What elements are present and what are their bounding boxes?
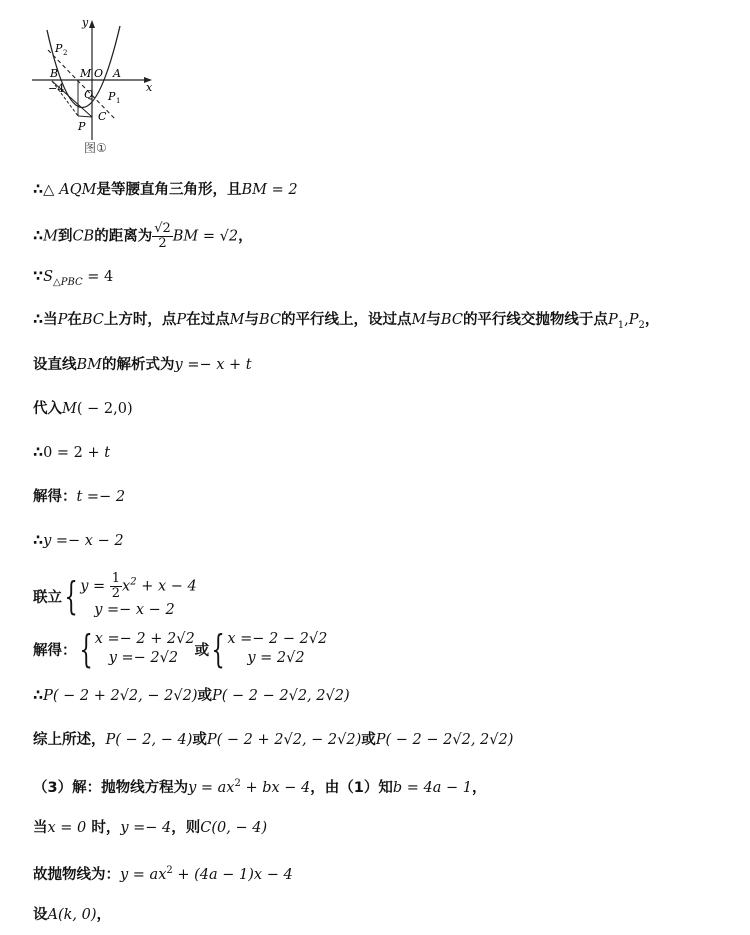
parabola-figure: y x P 2 B M O A −4 Q P 1 C P 图① xyxy=(28,12,158,157)
label-P: P xyxy=(77,120,86,133)
solution-line-7: ∴0 = 2 + t xyxy=(33,443,110,463)
label-M: M xyxy=(79,67,92,80)
label-C: C xyxy=(98,110,107,123)
solution-line-8: 解得：t =− 2 xyxy=(33,487,125,507)
y-axis-label: y xyxy=(81,16,89,29)
solution-line-9: ∴y =− x − 2 xyxy=(33,531,124,551)
solution-line-14-part3: （3）解：抛物线方程为y = ax2 + bx − 4，由（1）知b = 4a … xyxy=(33,774,487,798)
label-P2: P xyxy=(54,42,63,55)
label-O: O xyxy=(94,67,103,80)
label-B: B xyxy=(49,67,58,80)
left-brace: { xyxy=(64,577,77,615)
solution-line-17: 设A(k, 0)， xyxy=(33,905,111,925)
solution-line-4: ∴当P在BC上方时，点P在过点M与BC的平行线上，设过点M与BC的平行线交抛物线… xyxy=(33,310,659,336)
solution-line-6: 代入M( − 2,0) xyxy=(33,399,133,419)
solution-line-5: 设直线BM的解析式为y =− x + t xyxy=(33,355,252,375)
solution-line-11-system: 解得： { x =− 2 + 2√2 y =− 2√2 或 { x =− 2 −… xyxy=(33,630,327,668)
figure-diagram: y x P 2 B M O A −4 Q P 1 C P 图① xyxy=(28,12,158,157)
svg-text:1: 1 xyxy=(116,97,120,105)
x-axis-label: x xyxy=(146,81,153,94)
solution-line-12: ∴P( − 2 + 2√2, − 2√2)或P( − 2 − 2√2, 2√2) xyxy=(33,686,350,706)
label-P1: P xyxy=(107,90,116,103)
solution-line-3: ∵S△PBC = 4 xyxy=(33,267,113,293)
solution-line-13-summary: 综上所述，P( − 2, − 4)或P( − 2 + 2√2, − 2√2)或P… xyxy=(33,730,513,750)
left-brace: { xyxy=(212,630,225,668)
svg-text:2: 2 xyxy=(63,49,67,57)
label-Q: Q xyxy=(84,88,93,101)
solution-line-16: 故抛物线为：y = ax2 + (4a − 1)x − 4 xyxy=(33,861,293,885)
label-A: A xyxy=(112,67,121,80)
solution-line-1: ∴△ AQM是等腰直角三角形，且BM = 2 xyxy=(33,180,298,200)
solution-line-10-system: 联立 { y = 12x2 + x − 4 y =− x − 2 xyxy=(33,572,197,620)
label-minus4: −4 xyxy=(48,82,64,95)
figure-caption: 图① xyxy=(84,141,107,155)
solution-line-15: 当x = 0 时，y =− 4，则C(0, − 4) xyxy=(33,818,267,838)
left-brace: { xyxy=(79,630,92,668)
solution-line-2: ∴M到CB的距离为√22BM = √2， xyxy=(33,222,253,251)
fraction-sqrt2-over-2: √22 xyxy=(152,222,173,251)
